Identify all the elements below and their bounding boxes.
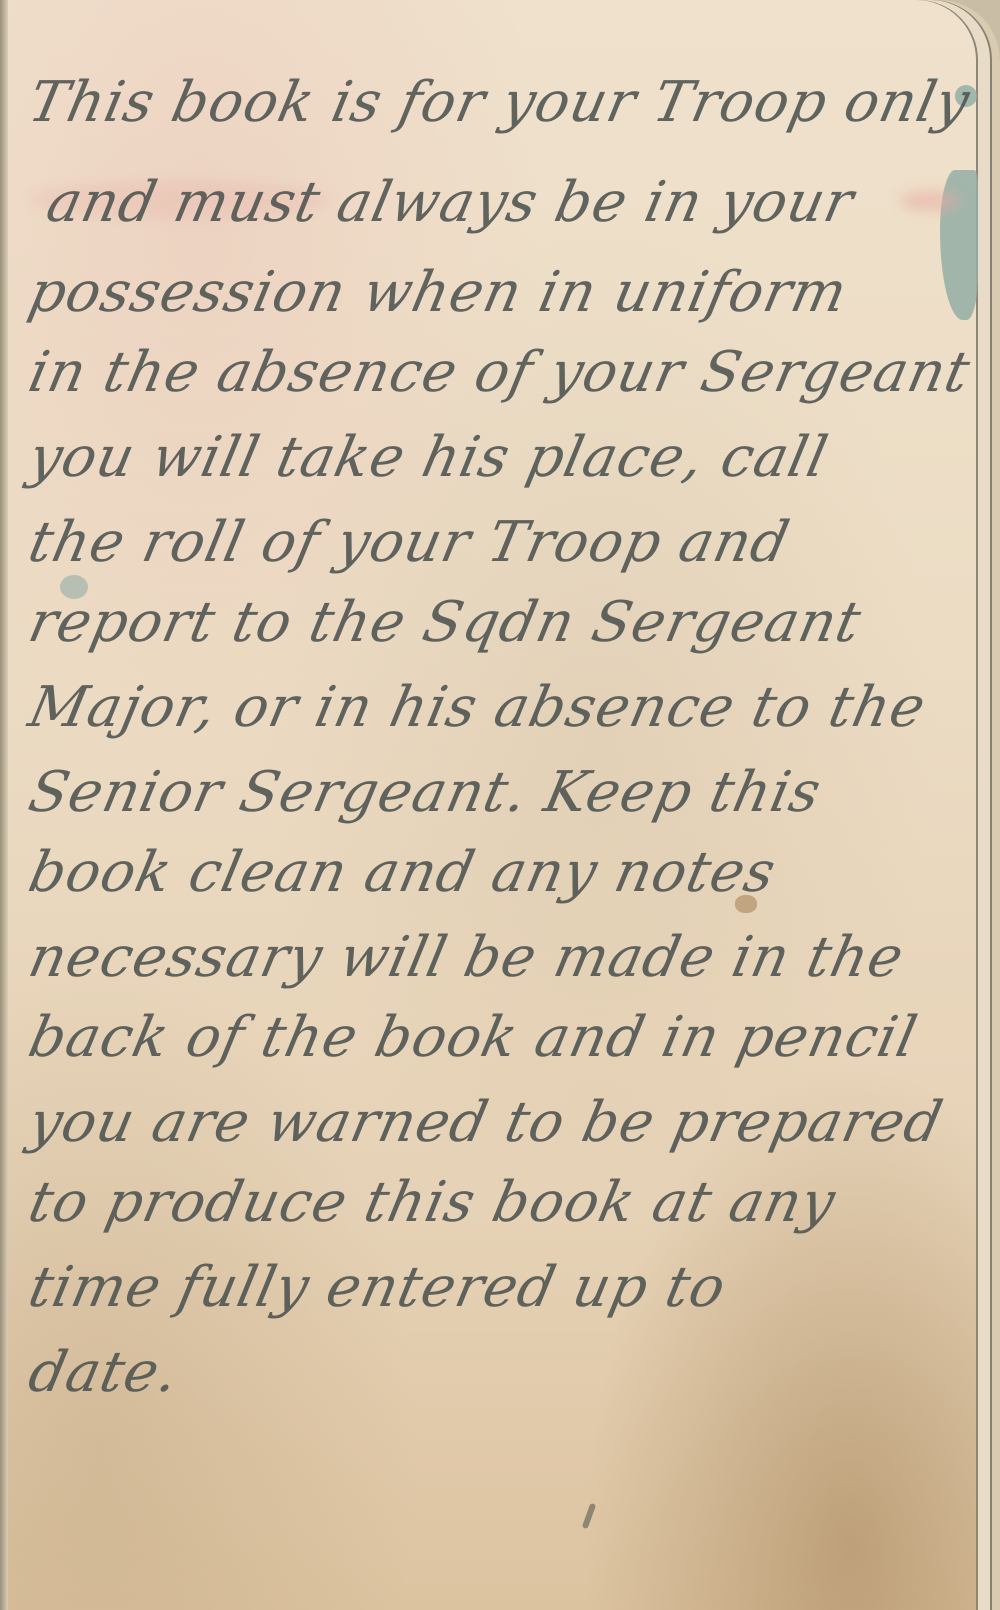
pink-stain <box>900 190 960 212</box>
text-line: Major, or in his absence to the <box>23 675 932 740</box>
notebook-page: This book is for your Troop only and mus… <box>0 0 1000 1610</box>
text-line: back of the book and in pencil <box>23 1005 923 1070</box>
text-line: report to the Sqdn Sergeant <box>23 590 867 655</box>
text-line: you are warned to be prepared <box>23 1090 949 1155</box>
text-line: date. <box>23 1340 185 1405</box>
text-line: necessary will be made in the <box>23 925 910 990</box>
text-line: Senior Sergeant. Keep this <box>23 760 827 825</box>
text-line: to produce this book at any <box>23 1170 841 1235</box>
text-line: you will take his place, call <box>23 425 834 490</box>
text-line: book clean and any notes <box>23 840 782 905</box>
pencil-mark <box>582 1503 597 1529</box>
text-line: and must always be in your <box>41 170 860 235</box>
page-binding-edge <box>0 0 8 1610</box>
text-line: the roll of your Troop and <box>23 510 795 575</box>
text-line: This book is for your Troop only <box>23 70 976 135</box>
text-line: possession when in uniform <box>23 260 853 325</box>
text-line: in the absence of your Sergeant <box>23 340 976 405</box>
text-line: time fully entered up to <box>23 1255 732 1320</box>
